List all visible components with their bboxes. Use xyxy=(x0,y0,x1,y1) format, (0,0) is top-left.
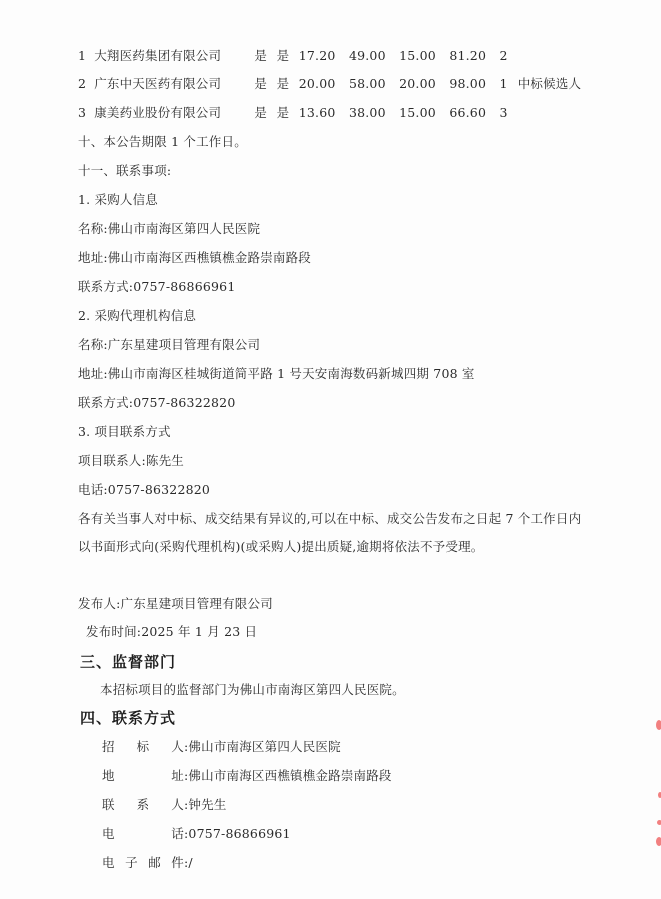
qualification-1: 是 xyxy=(254,105,272,121)
agency-name: 名称:广东星建项目管理有限公司 xyxy=(78,337,260,353)
project-contact-person: 项目联系人:陈先生 xyxy=(78,453,184,469)
table-row: 2 广东中天医药有限公司 是 是 20.00 58.00 20.00 98.00… xyxy=(78,76,581,92)
score-2: 58.00 xyxy=(349,76,395,92)
purchaser-contact: 联系方式:0757-86866961 xyxy=(78,279,235,295)
contact-value: 钟先生 xyxy=(188,797,226,812)
contact-label: 电子邮件 xyxy=(102,855,184,871)
purchaser-name: 名称:佛山市南海区第四人民医院 xyxy=(78,221,260,237)
publish-date: 发布时间:2025 年 1 月 23 日 xyxy=(86,624,257,640)
total-score: 66.60 xyxy=(449,105,495,121)
contact-value: 佛山市南海区西樵镇樵金路崇南路段 xyxy=(188,768,391,783)
qualification-2: 是 xyxy=(277,105,295,121)
project-phone: 电话:0757-86322820 xyxy=(78,482,210,498)
qualification-1: 是 xyxy=(254,48,272,64)
contact-matters-title: 十一、联系事项: xyxy=(78,163,171,179)
objection-text-line-2: 以书面形式向(采购代理机构)(或采购人)提出质疑,逾期将依法不予受理。 xyxy=(78,539,483,555)
note: 中标候选人 xyxy=(518,76,582,92)
score-1: 20.00 xyxy=(299,76,345,92)
contact-item-address: 地址:佛山市南海区西樵镇樵金路崇南路段 xyxy=(102,768,392,784)
score-3: 15.00 xyxy=(399,105,445,121)
rank: 1 xyxy=(500,76,514,92)
score-3: 15.00 xyxy=(399,48,445,64)
agency-address: 地址:佛山市南海区桂城街道简平路 1 号天安南海数码新城四期 708 室 xyxy=(78,366,475,382)
score-3: 20.00 xyxy=(399,76,445,92)
notice-period: 十、本公告期限 1 个工作日。 xyxy=(78,134,247,150)
qualification-2: 是 xyxy=(277,48,295,64)
qualification-2: 是 xyxy=(277,76,295,92)
contact-section-title: 四、联系方式 xyxy=(80,708,176,728)
agency-contact: 联系方式:0757-86322820 xyxy=(78,395,235,411)
agency-heading: 2. 采购代理机构信息 xyxy=(78,308,196,324)
contact-item-tenderer: 招标人:佛山市南海区第四人民医院 xyxy=(102,739,341,755)
score-2: 38.00 xyxy=(349,105,395,121)
contact-label: 联系人 xyxy=(102,797,184,813)
contact-value: / xyxy=(188,855,192,870)
score-1: 13.60 xyxy=(299,105,345,121)
row-index: 3 xyxy=(78,105,90,121)
table-row: 3 康美药业股份有限公司 是 是 13.60 38.00 15.00 66.60… xyxy=(78,105,518,121)
score-1: 17.20 xyxy=(299,48,345,64)
contact-label: 电话 xyxy=(102,826,184,842)
publisher: 发布人:广东星建项目管理有限公司 xyxy=(78,596,273,612)
row-index: 2 xyxy=(78,76,90,92)
rank: 3 xyxy=(500,105,514,121)
contact-value: 佛山市南海区第四人民医院 xyxy=(188,739,340,754)
row-index: 1 xyxy=(78,48,90,64)
score-2: 49.00 xyxy=(349,48,395,64)
purchaser-address: 地址:佛山市南海区西樵镇樵金路崇南路段 xyxy=(78,250,311,266)
contact-label: 地址 xyxy=(102,768,184,784)
total-score: 98.00 xyxy=(449,76,495,92)
contact-item-person: 联系人:钟先生 xyxy=(102,797,227,813)
contact-value: 0757-86866961 xyxy=(188,826,290,841)
company-name: 康美药业股份有限公司 xyxy=(94,105,250,121)
rank: 2 xyxy=(500,48,514,64)
company-name: 广东中天医药有限公司 xyxy=(94,76,250,92)
contact-label: 招标人 xyxy=(102,739,184,755)
supervision-title: 三、监督部门 xyxy=(80,652,176,672)
project-heading: 3. 项目联系方式 xyxy=(78,424,171,440)
company-name: 大翔医药集团有限公司 xyxy=(94,48,250,64)
objection-text-line-1: 各有关当事人对中标、成交结果有异议的,可以在中标、成交公告发布之日起 7 个工作… xyxy=(78,511,581,527)
table-row: 1 大翔医药集团有限公司 是 是 17.20 49.00 15.00 81.20… xyxy=(78,48,518,64)
supervision-body: 本招标项目的监督部门为佛山市南海区第四人民医院。 xyxy=(100,682,405,698)
contact-item-phone: 电话:0757-86866961 xyxy=(102,826,291,842)
purchaser-heading: 1. 采购人信息 xyxy=(78,192,158,208)
contact-item-email: 电子邮件:/ xyxy=(102,855,193,871)
qualification-1: 是 xyxy=(254,76,272,92)
total-score: 81.20 xyxy=(449,48,495,64)
